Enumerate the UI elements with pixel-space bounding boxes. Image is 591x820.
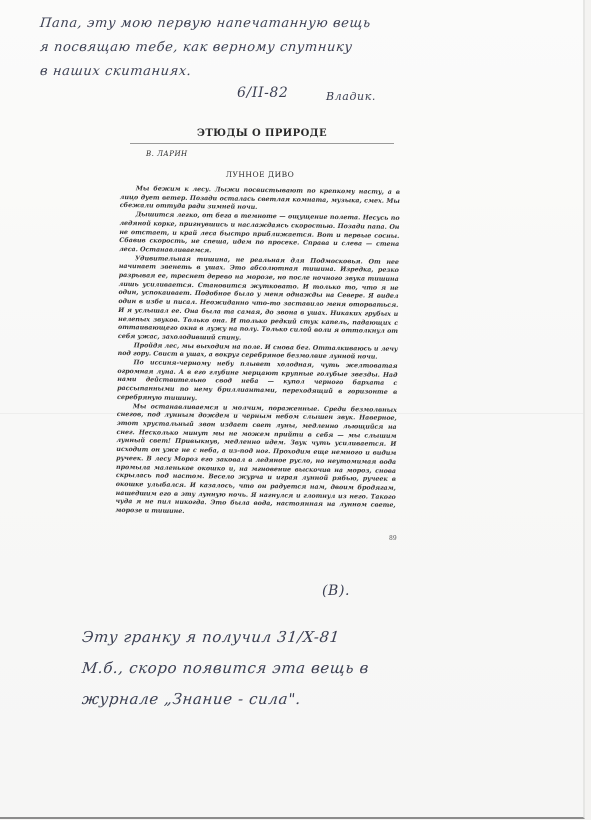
- paragraph: Дышится легко, от бега в темноте — ощуще…: [119, 211, 400, 258]
- handwritten-date: 6/II-82: [237, 85, 288, 101]
- note-line: М.б., скоро появится эта вещь в: [80, 653, 370, 684]
- printed-proof: ЭТЮДЫ О ПРИРОДЕ В. ЛАРИН ЛУННОЕ ДИВО Мы …: [120, 128, 400, 516]
- handwritten-initial-mark: (В).: [322, 583, 350, 599]
- paragraph: Мы останавливаемся и молчим, пораженные.…: [115, 403, 397, 520]
- dedication-line: я посвящаю тебе, как верному спутнику: [39, 36, 372, 60]
- section-title: ЭТЮДЫ О ПРИРОДЕ: [130, 128, 394, 144]
- story-title: ЛУННОЕ ДИВО: [120, 170, 400, 179]
- handwritten-signature: Владик.: [326, 90, 376, 103]
- handwritten-dedication: Папа, эту мою первую напечатанную вещь я…: [40, 12, 371, 84]
- author-name: В. ЛАРИН: [146, 150, 400, 158]
- page-number: 89: [389, 535, 397, 542]
- dedication-line: Папа, эту мою первую напечатанную вещь: [39, 12, 372, 36]
- paragraph: Удивительная тишина, не реальная для Под…: [118, 255, 399, 346]
- dedication-line: в наших скитаниях.: [39, 60, 372, 84]
- paragraph: Мы бежим к лесу. Лыжи посвистывают по кр…: [120, 185, 400, 215]
- handwritten-note: Эту гранку я получил 31/X-81 М.б., скоро…: [82, 622, 369, 715]
- story-body: Мы бежим к лесу. Лыжи посвистывают по кр…: [115, 185, 400, 520]
- note-line: журнале „Знание - сила".: [80, 684, 370, 715]
- note-line: Эту гранку я получил 31/X-81: [80, 622, 370, 653]
- paragraph: По иссиня-черному небу плывет холодная, …: [117, 359, 398, 406]
